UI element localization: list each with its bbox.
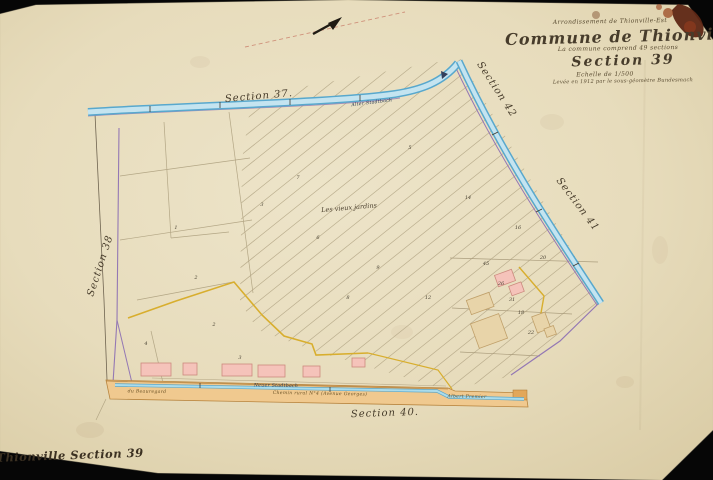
parcel-number: 20 (540, 255, 546, 261)
parcel-number: 3 (238, 355, 241, 361)
label-street-left: du Beauregard (128, 390, 167, 395)
parcel-number: 3 (260, 202, 263, 208)
parcel-number: 12 (425, 295, 431, 301)
parcel-number: 5 (408, 145, 411, 151)
corner-note-squiggle (28, 468, 83, 470)
title-section: Section 39 (571, 53, 675, 70)
parcel-number: 1 (174, 225, 177, 231)
label-bottom-canal: Neuer Stadtbach (254, 384, 298, 389)
parcel-number: 9 (376, 265, 379, 271)
parcel-number: 16 (515, 225, 521, 231)
scanned-cadastral-map: Arrondissement de Thionville-Est Commune… (0, 0, 713, 480)
parcel-number: 7 (296, 175, 299, 181)
parcel-number: 31 (509, 297, 515, 303)
parcel-number: 22 (528, 330, 534, 336)
parcel-number: 14 (465, 195, 471, 201)
label-street-right: Albert Premier (448, 395, 487, 400)
parcel-number: 45 (483, 261, 489, 267)
parcel-number: 6 (316, 235, 319, 241)
parcel-number: 2 (212, 322, 215, 328)
parcel-number: 8 (346, 295, 349, 301)
parcel-number: 26 (498, 281, 504, 287)
parcel-number: 4 (144, 341, 147, 347)
parcel-number: 18 (518, 310, 524, 316)
parcel-number: 2 (194, 275, 197, 281)
